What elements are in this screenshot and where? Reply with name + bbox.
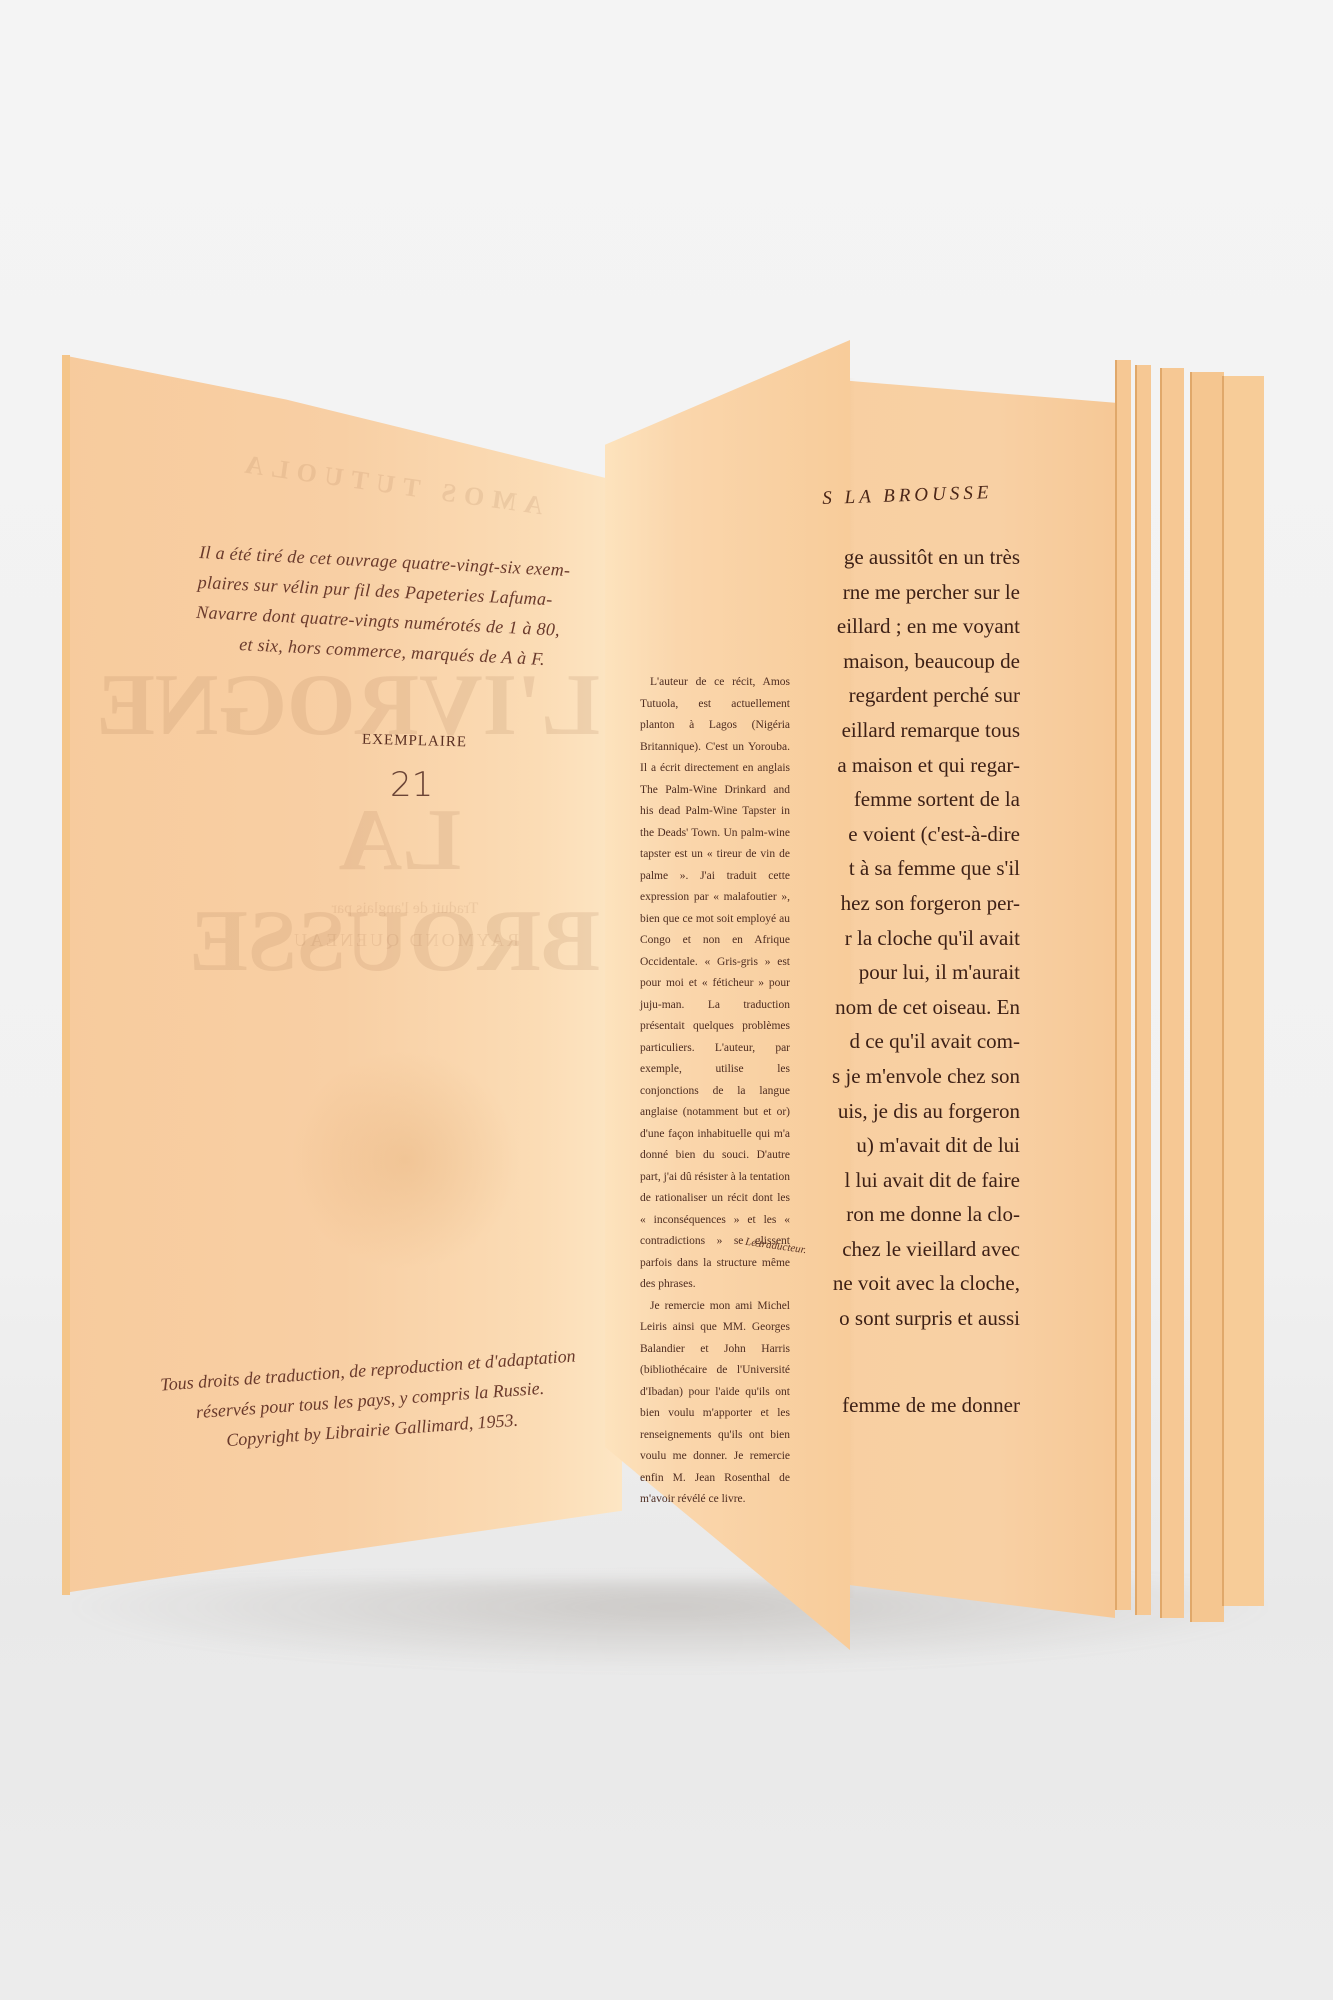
- text-line: regardent perché sur: [820, 678, 1020, 713]
- page-stack-leaf: [1135, 365, 1151, 1615]
- text-line: d ce qu'il avait com-: [820, 1024, 1020, 1059]
- text-line: ge aussitôt en un très: [820, 540, 1020, 575]
- page-stack-leaf: [1160, 368, 1184, 1618]
- show-through-translator-1: Traduit de l'anglais par: [240, 900, 570, 918]
- note-paragraph: L'auteur de ce récit, Amos Tutuola, est …: [640, 672, 790, 1296]
- publisher-emblem-show-through: [290, 1050, 520, 1270]
- text-line: ne voit avec la cloche,: [820, 1266, 1020, 1301]
- exemplaire-number: 21: [390, 765, 433, 805]
- text-line: o sont surpris et aussi: [820, 1301, 1020, 1336]
- text-line: femme sortent de la: [820, 782, 1020, 817]
- text-line: chez le vieillard avec: [820, 1232, 1020, 1267]
- translator-note: L'auteur de ce récit, Amos Tutuola, est …: [640, 672, 790, 1511]
- text-line: l lui avait dit de faire: [820, 1163, 1020, 1198]
- text-line: nom de cet oiseau. En: [820, 990, 1020, 1025]
- narrative-text: ge aussitôt en un très rne me percher su…: [820, 540, 1020, 1422]
- left-page-edge: [62, 355, 70, 1595]
- text-line: u) m'avait dit de lui: [820, 1128, 1020, 1163]
- text-line: maison, beaucoup de: [820, 644, 1020, 679]
- text-line: hez son forgeron per-: [820, 886, 1020, 921]
- exemplaire-label: EXEMPLAIRE: [362, 732, 467, 752]
- text-line: s je m'envole chez son: [820, 1059, 1020, 1094]
- page-stack-leaf: [1115, 360, 1131, 1610]
- text-line: eillard ; en me voyant: [820, 609, 1020, 644]
- show-through-title-2: LA BROUSSE: [200, 790, 600, 992]
- justification-de-tirage: Il a été tiré de cet ouvrage quatre-ving…: [194, 537, 594, 676]
- section-gap: [820, 1336, 1020, 1388]
- text-line: uis, je dis au forgeron: [820, 1094, 1020, 1129]
- note-paragraph: Je remercie mon ami Michel Leiris ainsi …: [640, 1296, 790, 1511]
- page-stack-leaf: [1190, 372, 1224, 1622]
- text-line: t à sa femme que s'il: [820, 851, 1020, 886]
- book-photo-scene: AMOS TUTUOLA L'IVROGNE LA BROUSSE Tradui…: [0, 0, 1333, 2000]
- text-line: e voient (c'est-à-dire: [820, 817, 1020, 852]
- text-line: femme de me donner: [820, 1388, 1020, 1423]
- text-line: ron me donne la clo-: [820, 1197, 1020, 1232]
- text-line: rne me percher sur le: [820, 575, 1020, 610]
- text-line: eillard remarque tous: [820, 713, 1020, 748]
- text-line: pour lui, il m'aurait: [820, 955, 1020, 990]
- text-line: a maison et qui regar-: [820, 748, 1020, 783]
- text-line: r la cloche qu'il avait: [820, 921, 1020, 956]
- back-cover-edge: [1222, 376, 1264, 1606]
- show-through-translator-2: RAYMOND QUENEAU: [240, 930, 570, 951]
